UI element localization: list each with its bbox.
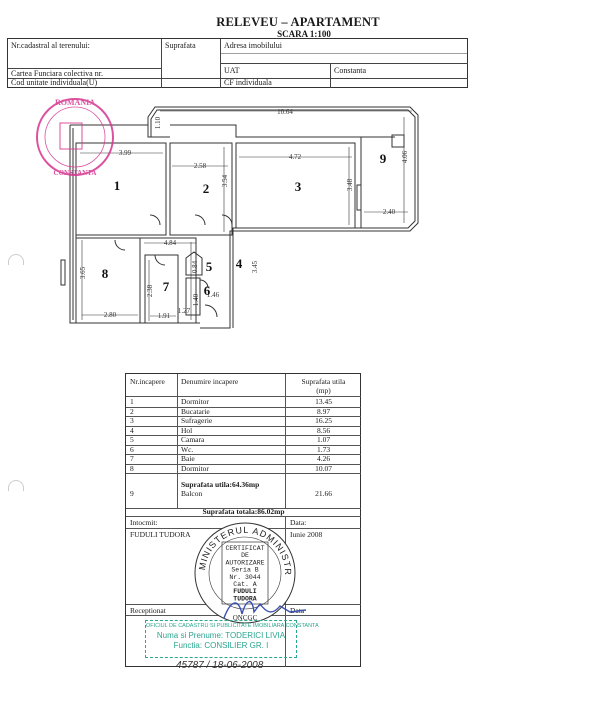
col-header-name: Denumire incapere bbox=[181, 377, 238, 386]
svg-text:CONSTANTA: CONSTANTA bbox=[54, 169, 97, 177]
dim-room6-width: 1.27 bbox=[178, 307, 191, 315]
cod-unitate-label: Cod unitate individuala(U) bbox=[11, 78, 97, 88]
dim-room3-width: 4.72 bbox=[289, 153, 302, 161]
table-cell-name: Dormitor bbox=[181, 464, 209, 473]
document-title: RELEVEU – APARTAMENT bbox=[0, 15, 596, 30]
table-cell-area: 8.56 bbox=[286, 426, 361, 435]
receptionat-label: Receptionat bbox=[130, 606, 166, 615]
svg-text:CERTIFICAT: CERTIFICAT bbox=[225, 545, 264, 552]
dim-room5-depth: 0.84 bbox=[191, 260, 199, 273]
dim-room8-depth: 3.65 bbox=[79, 266, 87, 279]
table-cell-name: Wc. bbox=[181, 445, 193, 454]
table-cell-area: 13.45 bbox=[286, 397, 361, 406]
total-area: Suprafata totala:86.02mp bbox=[126, 507, 361, 516]
ocpi-stamp: OFICIUL DE CADASTRU SI PUBLICITATE IMOBI… bbox=[145, 620, 297, 658]
dim-room1-width: 3.99 bbox=[119, 149, 132, 157]
svg-text:Nr. 3044: Nr. 3044 bbox=[229, 574, 260, 581]
dim-room3-depth: 3.48 bbox=[346, 178, 354, 191]
header-table: Nr.cadastral al terenului: Suprafata Adr… bbox=[7, 38, 468, 88]
table-cell-area: 4.26 bbox=[286, 454, 361, 463]
floor-plan: 10.64 3.99 2.58 4.72 2.40 4.84 2.80 1.91… bbox=[0, 95, 440, 330]
dim-room9-depth: 4.06 bbox=[401, 150, 409, 163]
balcony-name: Balcon bbox=[181, 489, 202, 498]
svg-text:DE: DE bbox=[241, 552, 249, 559]
uat-label: UAT bbox=[224, 66, 240, 76]
room-label-9: 9 bbox=[380, 151, 387, 166]
dim-room2-width: 2.58 bbox=[194, 162, 207, 170]
cf-individuala-label: CF individuala bbox=[224, 78, 272, 88]
table-cell-nr: 5 bbox=[130, 435, 134, 444]
dim-room9-width: 2.40 bbox=[383, 208, 396, 216]
dim-room8-width: 2.80 bbox=[104, 311, 117, 319]
room-label-7: 7 bbox=[163, 279, 170, 294]
dim-room7-width: 1.91 bbox=[158, 312, 171, 320]
dim-room6-depth: 1.40 bbox=[192, 293, 200, 306]
intocmit-label: Intocmit: bbox=[130, 518, 158, 527]
useful-area-total: Suprafata utila:64.36mp bbox=[181, 480, 259, 489]
suprafata-label: Suprafata bbox=[165, 41, 196, 51]
uat-value: Constanta bbox=[334, 66, 366, 76]
room-label-3: 3 bbox=[295, 179, 302, 194]
room-label-1: 1 bbox=[114, 178, 121, 193]
dim-room7-depth: 2.38 bbox=[146, 284, 154, 297]
table-cell-area: 1.73 bbox=[286, 445, 361, 454]
table-cell-nr: 8 bbox=[130, 464, 134, 473]
registration-number: 45787 / 18-06-2008 bbox=[176, 660, 263, 671]
balcony-nr: 9 bbox=[130, 489, 134, 498]
svg-text:Seria B: Seria B bbox=[231, 567, 258, 574]
address-label: Adresa imobilului bbox=[224, 41, 282, 51]
table-cell-nr: 1 bbox=[130, 397, 134, 406]
dim-hall-depth: 3.45 bbox=[251, 260, 259, 273]
table-cell-name: Hol bbox=[181, 426, 192, 435]
table-cell-area: 1.07 bbox=[286, 435, 361, 444]
col-header-area: Suprafata utila bbox=[286, 377, 361, 386]
dim-balcony-depth: 1.10 bbox=[154, 116, 162, 129]
table-cell-name: Camara bbox=[181, 435, 204, 444]
col-header-nr: Nr.incapere bbox=[130, 377, 165, 386]
table-cell-name: Bucatarie bbox=[181, 407, 210, 416]
svg-text:ROMANIA: ROMANIA bbox=[55, 98, 95, 107]
dim-hall-width: 4.84 bbox=[164, 239, 177, 247]
author-name: FUDULI TUDORA bbox=[130, 530, 191, 539]
svg-text:Cat. A: Cat. A bbox=[233, 581, 257, 588]
notary-stamp: ROMANIA CONSTANTA bbox=[37, 98, 113, 177]
room-label-6: 6 bbox=[204, 283, 211, 298]
table-cell-area: 16.25 bbox=[286, 416, 361, 425]
table-cell-name: Baie bbox=[181, 454, 195, 463]
room-label-4: 4 bbox=[236, 256, 243, 271]
col-header-area-unit: (mp) bbox=[286, 386, 361, 395]
table-cell-nr: 6 bbox=[130, 445, 134, 454]
dim-overall-width: 10.64 bbox=[277, 108, 293, 116]
svg-text:AUTORIZARE: AUTORIZARE bbox=[225, 559, 264, 566]
room-label-5: 5 bbox=[206, 259, 213, 274]
table-cell-name: Dormitor bbox=[181, 397, 209, 406]
table-cell-nr: 3 bbox=[130, 416, 134, 425]
room-label-8: 8 bbox=[102, 266, 109, 281]
balcony-area: 21.66 bbox=[286, 489, 361, 498]
room-label-2: 2 bbox=[203, 181, 210, 196]
hole-punch-mark bbox=[8, 480, 24, 491]
table-cell-nr: 7 bbox=[130, 454, 134, 463]
table-cell-nr: 4 bbox=[130, 426, 134, 435]
cadastral-label: Nr.cadastral al terenului: bbox=[11, 41, 90, 51]
dim-room2-depth: 3.54 bbox=[221, 174, 229, 187]
table-cell-name: Sufragerie bbox=[181, 416, 212, 425]
table-cell-nr: 2 bbox=[130, 407, 134, 416]
table-cell-area: 8.97 bbox=[286, 407, 361, 416]
table-cell-area: 10.07 bbox=[286, 464, 361, 473]
